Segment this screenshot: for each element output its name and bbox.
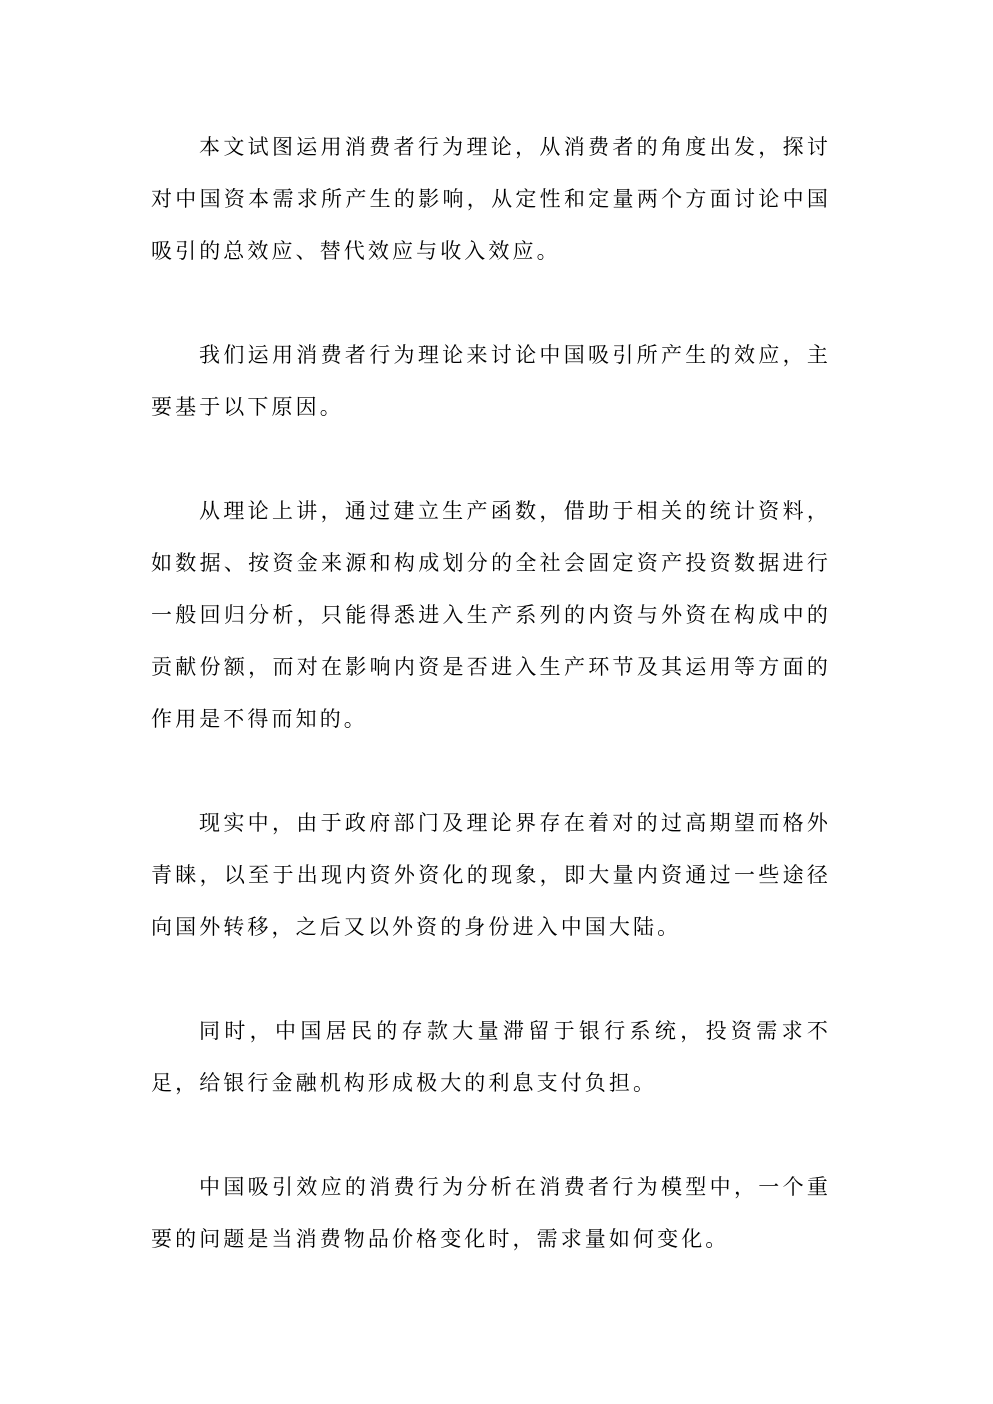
paragraph-reasons: 我们运用消费者行为理论来讨论中国吸引所产生的效应，主要基于以下原因。 xyxy=(151,329,831,433)
paragraph-intro: 本文试图运用消费者行为理论，从消费者的角度出发，探讨对中国资本需求所产生的影响，… xyxy=(151,121,831,277)
paragraph-theory: 从理论上讲，通过建立生产函数，借助于相关的统计资料，如数据、按资金来源和构成划分… xyxy=(151,485,831,745)
paragraph-savings: 同时，中国居民的存款大量滞留于银行系统，投资需求不足，给银行金融机构形成极大的利… xyxy=(151,1005,831,1109)
paragraph-consumer-model: 中国吸引效应的消费行为分析在消费者行为模型中，一个重要的问题是当消费物品价格变化… xyxy=(151,1161,831,1265)
document-page: 本文试图运用消费者行为理论，从消费者的角度出发，探讨对中国资本需求所产生的影响，… xyxy=(151,121,831,1317)
paragraph-reality: 现实中，由于政府部门及理论界存在着对的过高期望而格外青睐，以至于出现内资外资化的… xyxy=(151,797,831,953)
